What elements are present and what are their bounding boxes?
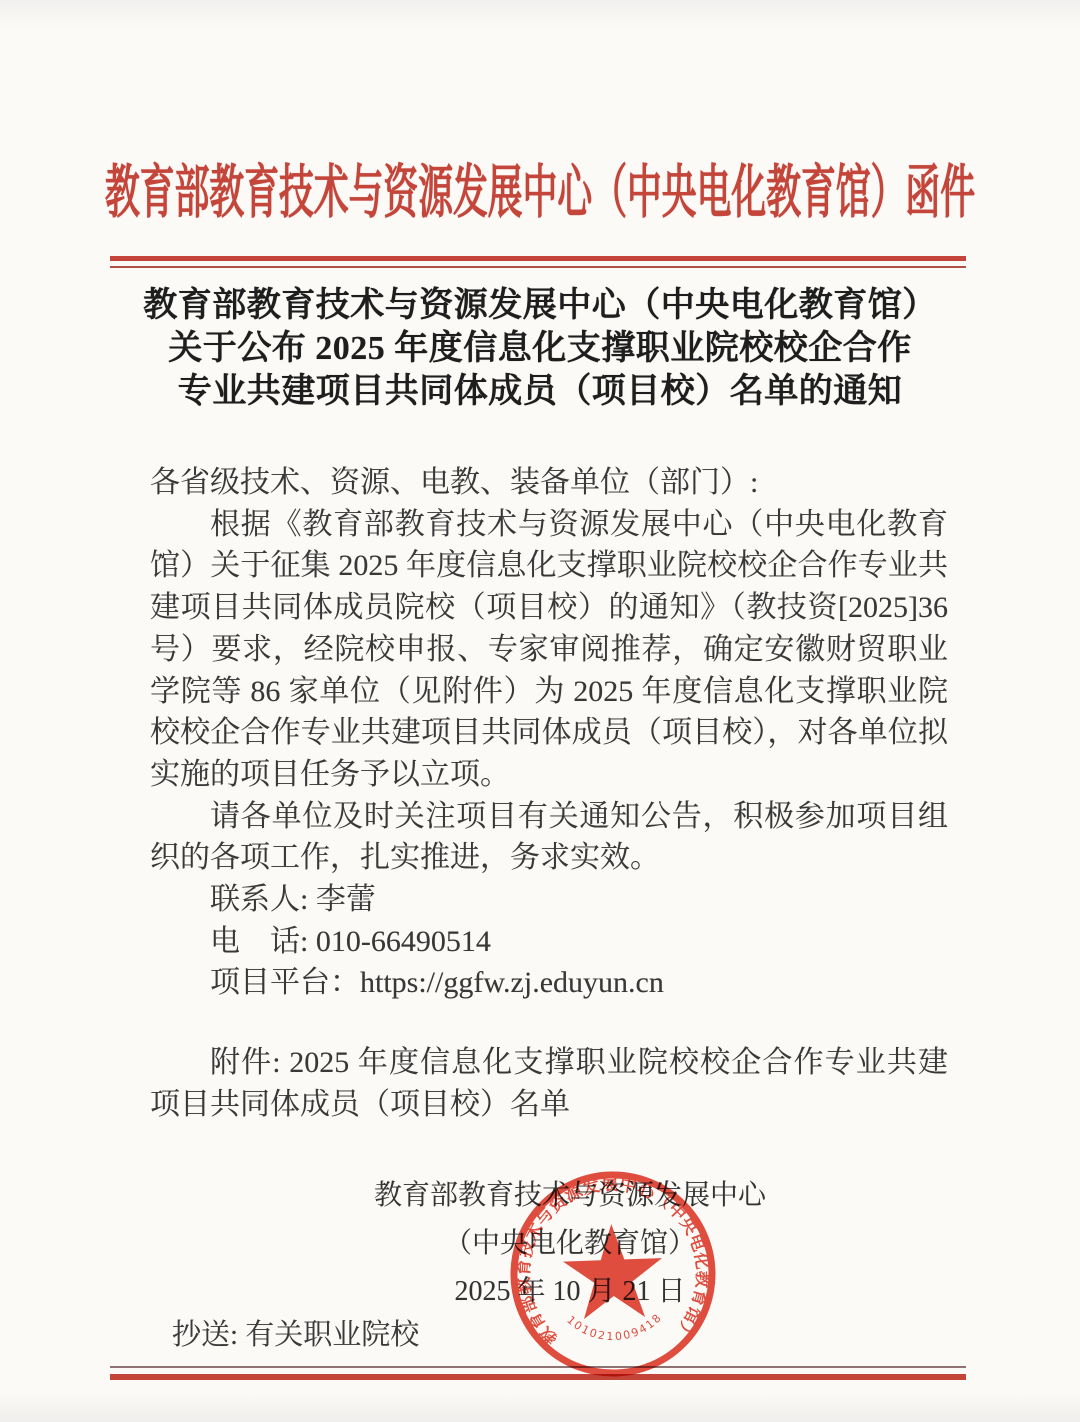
official-seal: 教育部教育技术与资源发展中心（中央电化教育馆） 11010210094187 [504, 1165, 721, 1382]
letter-body: 各省级技术、资源、电教、装备单位（部门）: 根据《教育部教育技术与资源发展中心（… [150, 462, 948, 1126]
document-page: 教育部教育技术与资源发展中心（中央电化教育馆）函件 教育部教育技术与资源发展中心… [0, 0, 1080, 1422]
document-title-line-3: 专业共建项目共同体成员（项目校）名单的通知 [0, 370, 1080, 413]
seal-star-icon [562, 1222, 664, 1319]
contact-platform-line: 项目平台：https://ggfw.zj.eduyun.cn [150, 962, 948, 1004]
header-rule-thin [110, 266, 966, 268]
attachment-note: 附件: 2025 年度信息化支撑职业院校校企合作专业共建项目共同体成员（项目校）… [150, 1042, 948, 1125]
cc-line: 抄送: 有关职业院校 [172, 1316, 419, 1354]
paragraph-basis: 根据《教育部教育技术与资源发展中心（中央电化教育馆）关于征集 2025 年度信息… [150, 504, 948, 796]
paragraph-request: 请各单位及时关注项目有关通知公告，积极参加项目组织的各项工作，扎实推进，务求实效… [150, 796, 948, 879]
document-title: 教育部教育技术与资源发展中心（中央电化教育馆） 关于公布 2025 年度信息化支… [0, 284, 1080, 413]
salutation: 各省级技术、资源、电教、装备单位（部门）: [150, 462, 948, 504]
contact-phone-line: 电 话: 010-66490514 [150, 921, 948, 963]
header-rule-thick [110, 256, 966, 261]
document-title-line-2: 关于公布 2025 年度信息化支撑职业院校校企合作 [0, 327, 1080, 370]
letterhead-title: 教育部教育技术与资源发展中心（中央电化教育馆）函件 [105, 163, 975, 223]
document-title-line-1: 教育部教育技术与资源发展中心（中央电化教育馆） [0, 284, 1080, 327]
official-seal-graphic: 教育部教育技术与资源发展中心（中央电化教育馆） 11010210094187 [504, 1165, 721, 1382]
contact-person-line: 联系人: 李蕾 [150, 879, 948, 921]
